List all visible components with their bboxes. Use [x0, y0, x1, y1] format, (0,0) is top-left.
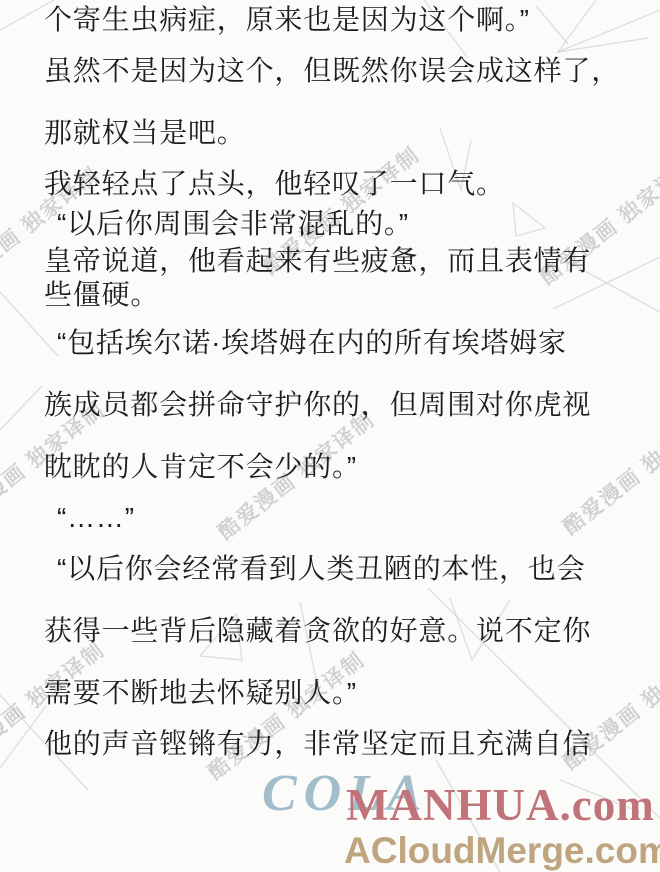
text-line: “以后你周围会非常混乱的。”: [44, 204, 620, 244]
paragraph-9-cut-off: 他的声音铿锵有力，非常坚定而且充满自信: [44, 724, 620, 764]
paragraph-3: 我轻轻点了点头，他轻叹了一口气。: [44, 164, 620, 204]
paragraph-6: “包括埃尔诺·埃塔姆在内的所有埃塔姆家 族成员都会拼命守护你的，但周围对你虎视 …: [44, 312, 620, 498]
novel-reader-page: 酷爱漫画 独家译制 酷爱漫画 独家译制 酷爱漫画 独家译制 酷爱漫画 独家译制 …: [0, 0, 660, 872]
text-line: “……”: [44, 498, 620, 538]
text-line: 我轻轻点了点头，他轻叹了一口气。: [44, 164, 620, 204]
text-line: 个寄生虫病症，原来也是因为这个啊。”: [44, 0, 620, 40]
text-line: 族成员都会拼命守护你的，但周围对你虎视: [44, 374, 620, 436]
text-line: 需要不断地去怀疑别人。”: [44, 662, 620, 724]
paragraph-7: “……”: [44, 498, 620, 538]
text-line: 虽然不是因为这个，但既然你误会成这样了，: [44, 40, 620, 102]
paragraph-8: “以后你会经常看到人类丑陋的本性，也会 获得一些背后隐藏着贪欲的好意。说不定你 …: [44, 538, 620, 724]
novel-text-content: 个寄生虫病症，原来也是因为这个啊。” 虽然不是因为这个，但既然你误会成这样了， …: [0, 0, 660, 872]
paragraph-1: 个寄生虫病症，原来也是因为这个啊。”: [44, 0, 620, 40]
text-line: 获得一些背后隐藏着贪欲的好意。说不定你: [44, 600, 620, 662]
text-line: 眈眈的人肯定不会少的。”: [44, 436, 620, 498]
paragraph-5: 皇帝说道，他看起来有些疲惫，而且表情有 些僵硬。: [44, 244, 620, 312]
text-line: 些僵硬。: [44, 278, 620, 312]
text-line: “以后你会经常看到人类丑陋的本性，也会: [44, 538, 620, 600]
paragraph-2: 虽然不是因为这个，但既然你误会成这样了， 那就权当是吧。: [44, 40, 620, 164]
text-line: 皇帝说道，他看起来有些疲惫，而且表情有: [44, 244, 620, 278]
paragraph-4: “以后你周围会非常混乱的。”: [44, 204, 620, 244]
text-line: 他的声音铿锵有力，非常坚定而且充满自信: [44, 724, 620, 764]
text-line: “包括埃尔诺·埃塔姆在内的所有埃塔姆家: [44, 312, 620, 374]
text-line: 那就权当是吧。: [44, 102, 620, 164]
